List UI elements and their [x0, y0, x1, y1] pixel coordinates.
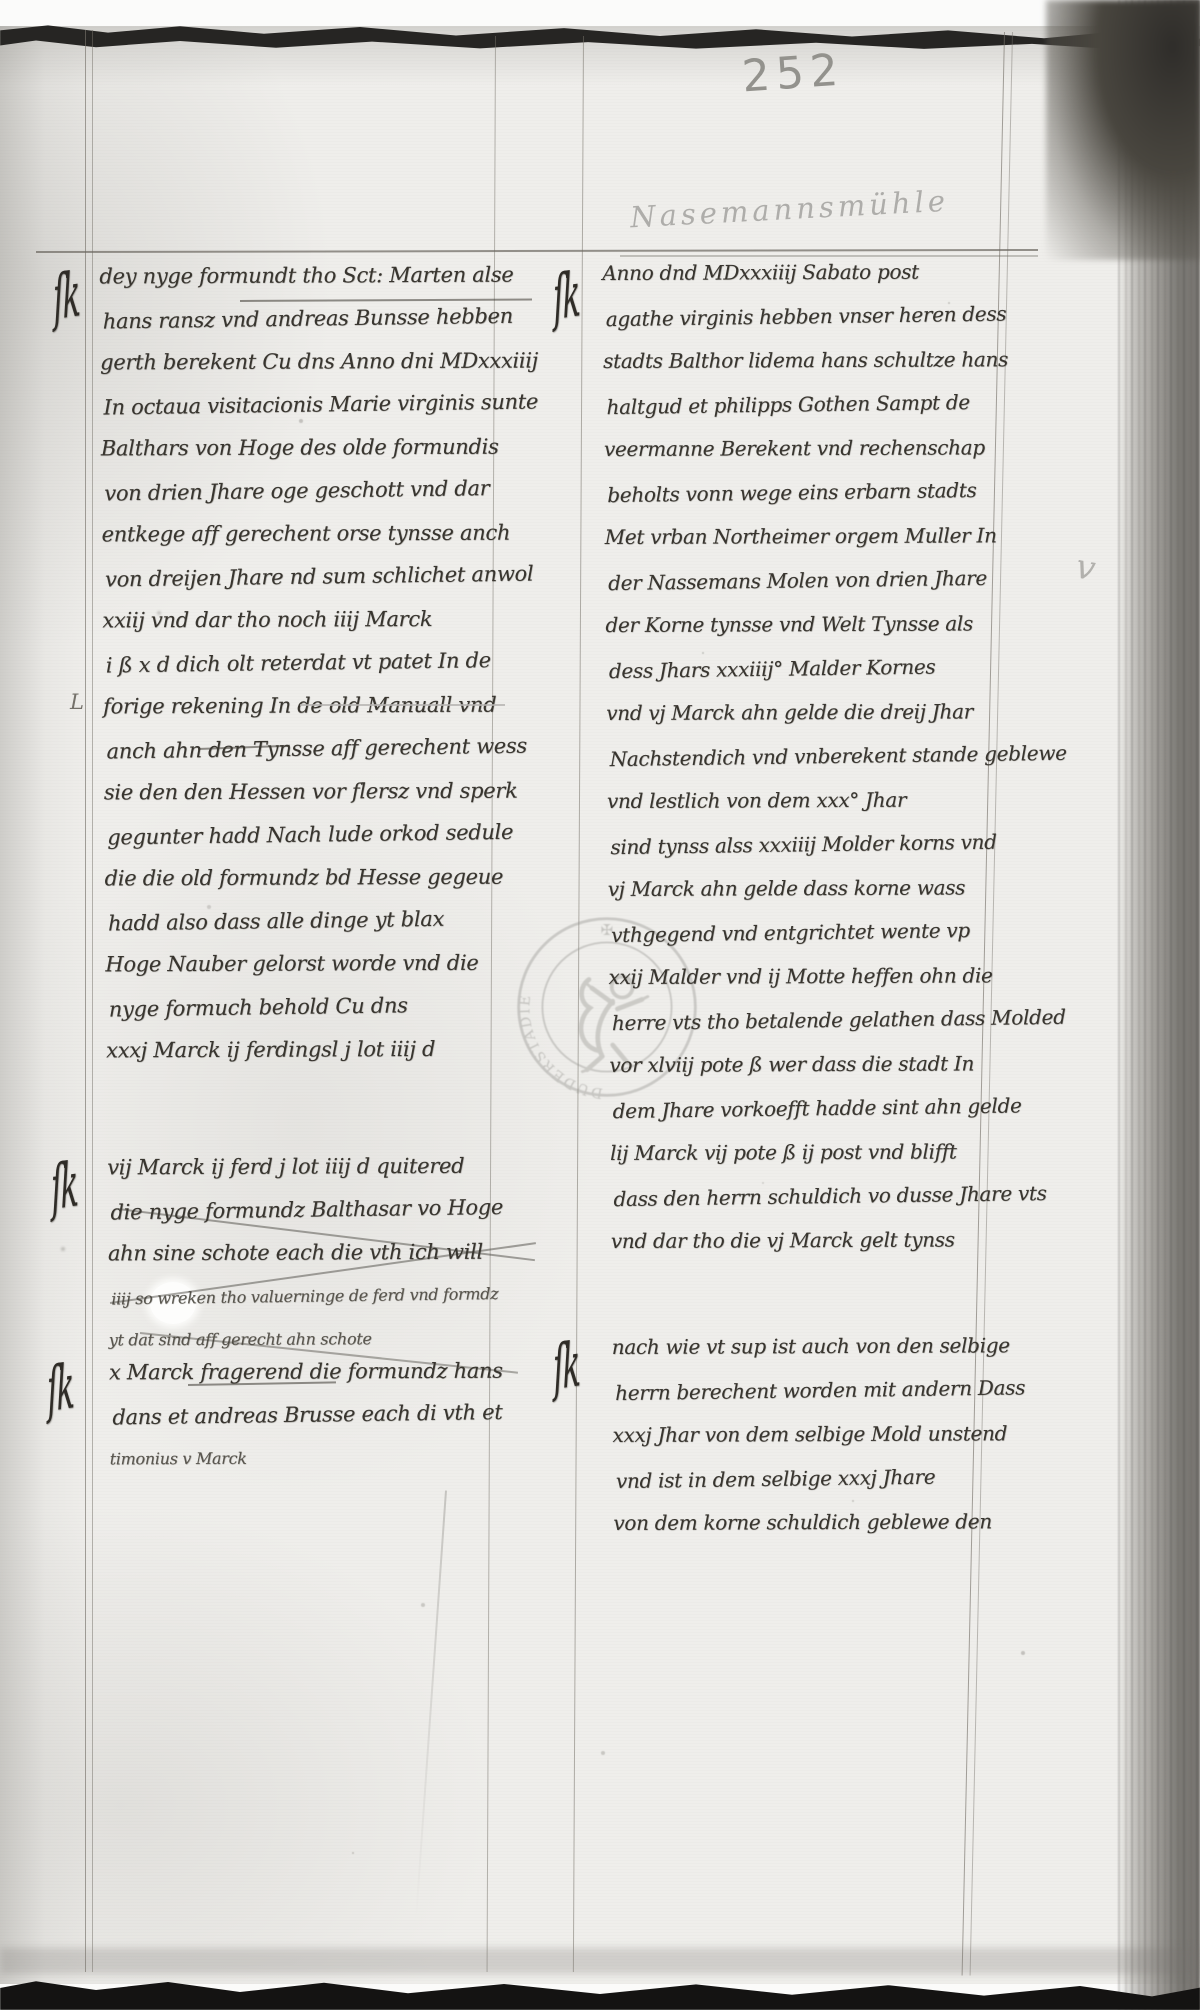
- manuscript-line: In octaua visitacionis Marie virginis su…: [103, 380, 544, 429]
- manuscript-line: die die old formundz bd Hesse gegeue: [105, 855, 545, 900]
- manuscript-page: 252 Nasemannsmühle L v DUDERSTADIENSIS ✠…: [0, 0, 1200, 2010]
- manuscript-line: agathe virginis hebben vnser heren dess: [605, 291, 1046, 341]
- manuscript-line: herrn berechent worden mit andern Dass: [615, 1365, 1056, 1415]
- manuscript-line: Nachstendich vnd vnberekent stande geble…: [609, 731, 1050, 781]
- manuscript-line: x Marck fragerend die formundz hans: [109, 1349, 549, 1394]
- manuscript-line: iiij so wreken tho valuerninge de ferd v…: [111, 1271, 552, 1320]
- manuscript-line: die nyge formundz Balthasar vo Hoge: [110, 1185, 551, 1234]
- left-column: dey nyge formundt tho Sct: Marten alse h…: [0, 0, 1200, 5]
- manuscript-line: sind tynss alss xxxiiij Molder korns vnd: [610, 819, 1051, 869]
- ledger-entry: Anno dnd MDxxxiiij Sabato post agathe vi…: [602, 248, 1051, 1264]
- manuscript-line: stadts Balthor lidema hans schultze hans: [603, 337, 1043, 383]
- manuscript-line: xxij Malder vnd ij Motte heffen ohn die: [608, 953, 1048, 999]
- manuscript-line: vnd ist in dem selbige xxxj Jhare: [616, 1453, 1057, 1503]
- manuscript-line: Hoge Nauber gelorst worde vnd die: [105, 941, 545, 986]
- manuscript-line: hans ransz vnd andreas Bunsse hebben: [102, 294, 543, 343]
- manuscript-line: vor xlviij pote ß wer dass die stadt In: [609, 1041, 1049, 1087]
- manuscript-line: von dem korne schuldich geblewe den: [613, 1499, 1053, 1545]
- manuscript-line: nyge formuch behold Cu dns: [108, 982, 549, 1031]
- manuscript-line: nach wie vt sup ist auch von den selbige: [612, 1323, 1052, 1369]
- ledger-entry: nach wie vt sup ist auch von den selbige…: [612, 1322, 1054, 1546]
- margin-mark-left: L: [70, 690, 84, 714]
- manuscript-line: Balthars von Hoge des olde formundis: [101, 425, 541, 470]
- manuscript-line: dem Jhare vorkoefft hadde sint ahn gelde: [612, 1083, 1053, 1133]
- top-right-corner-shadow: [1046, 0, 1200, 260]
- folio-number: 252: [740, 45, 845, 103]
- item-mark: ſk: [46, 1352, 74, 1427]
- manuscript-line: vj Marck ahn gelde dass korne wass: [608, 865, 1048, 911]
- manuscript-line: forige rekening In de old Manuall vnd: [103, 683, 543, 728]
- manuscript-line: dass den herrn schuldich vo dusse Jhare …: [613, 1171, 1054, 1221]
- margin-rule-left-b: [92, 30, 93, 1972]
- manuscript-line: von drien Jhare oge geschott vnd dar: [104, 466, 545, 515]
- manuscript-line: vij Marck ij ferd j lot iiij d quitered: [107, 1144, 547, 1189]
- book-fore-edge: [1118, 0, 1200, 2010]
- manuscript-line: i ß x d dich olt reterdat vt patet In de: [105, 638, 546, 687]
- manuscript-line: herre vts tho betalende gelathen dass Mo…: [612, 995, 1053, 1045]
- manuscript-line: hadd also dass alle dinge yt blax: [108, 896, 549, 945]
- manuscript-line: timonius v Marck: [110, 1435, 550, 1480]
- paper-specks: [0, 0, 2, 2]
- manuscript-line: Anno dnd MDxxxiiij Sabato post: [602, 249, 1042, 295]
- pencil-underline: [300, 704, 505, 706]
- manuscript-line: der Korne tynsse vnd Welt Tynsse als: [605, 601, 1045, 647]
- margin-rule-left-a: [85, 30, 86, 1972]
- manuscript-line: vnd dar tho die vj Marck gelt tynss: [611, 1217, 1051, 1263]
- manuscript-line: dey nyge formundt tho Sct: Marten alse: [99, 253, 539, 298]
- right-column: Anno dnd MDxxxiiij Sabato post agathe vi…: [0, 0, 1200, 5]
- manuscript-line: xxxj Jhar von dem selbige Mold unstend: [612, 1411, 1052, 1457]
- manuscript-line: der Nassemans Molen von drien Jhare: [608, 555, 1049, 605]
- manuscript-line: anch ahn den Tynsse aff gerechent wess: [106, 724, 547, 773]
- manuscript-line: dans et andreas Brusse each di vth et: [112, 1390, 553, 1439]
- manuscript-line: dess Jhars xxxiiij° Malder Kornes: [609, 643, 1050, 693]
- manuscript-line: xxiij vnd dar tho noch iiij Marck: [102, 597, 542, 642]
- item-mark: ſk: [50, 1150, 78, 1225]
- manuscript-line: Met vrban Northeimer orgem Muller In: [605, 513, 1045, 559]
- item-mark: ſk: [552, 1330, 580, 1405]
- manuscript-line: haltgud et philipps Gothen Sampt de: [606, 379, 1047, 429]
- manuscript-line: veermanne Berekent vnd rechenschap: [604, 425, 1044, 471]
- manuscript-line: vnd vj Marck ahn gelde die dreij Jhar: [606, 689, 1046, 735]
- manuscript-line: gerth berekent Cu dns Anno dni MDxxxiiij: [100, 339, 540, 384]
- bottom-edge-haze: [0, 1948, 1200, 1974]
- manuscript-line: xxxj Marck ij ferdingsl j lot iiij d: [106, 1027, 546, 1072]
- manuscript-line: gegunter hadd Nach lude orkod sedule: [107, 810, 548, 859]
- manuscript-line: lij Marck vij pote ß ij post vnd blifft: [610, 1129, 1050, 1175]
- manuscript-line: vthgegend vnd entgrichtet wente vp: [611, 907, 1052, 957]
- item-mark: ſk: [52, 260, 80, 335]
- item-mark: ſk: [552, 260, 580, 335]
- manuscript-line: sie den den Hessen vor flersz vnd sperk: [104, 769, 544, 814]
- manuscript-line: entkege aff gerechent orse tynsse anch: [102, 511, 542, 556]
- manuscript-line: von dreijen Jhare nd sum schlichet anwol: [105, 552, 546, 601]
- manuscript-line: vnd lestlich von dem xxx° Jhar: [607, 777, 1047, 823]
- manuscript-line: beholts vonn wege eins erbarn stadts: [607, 467, 1048, 517]
- ledger-entry: dey nyge formundt tho Sct: Marten alse h…: [99, 253, 546, 1074]
